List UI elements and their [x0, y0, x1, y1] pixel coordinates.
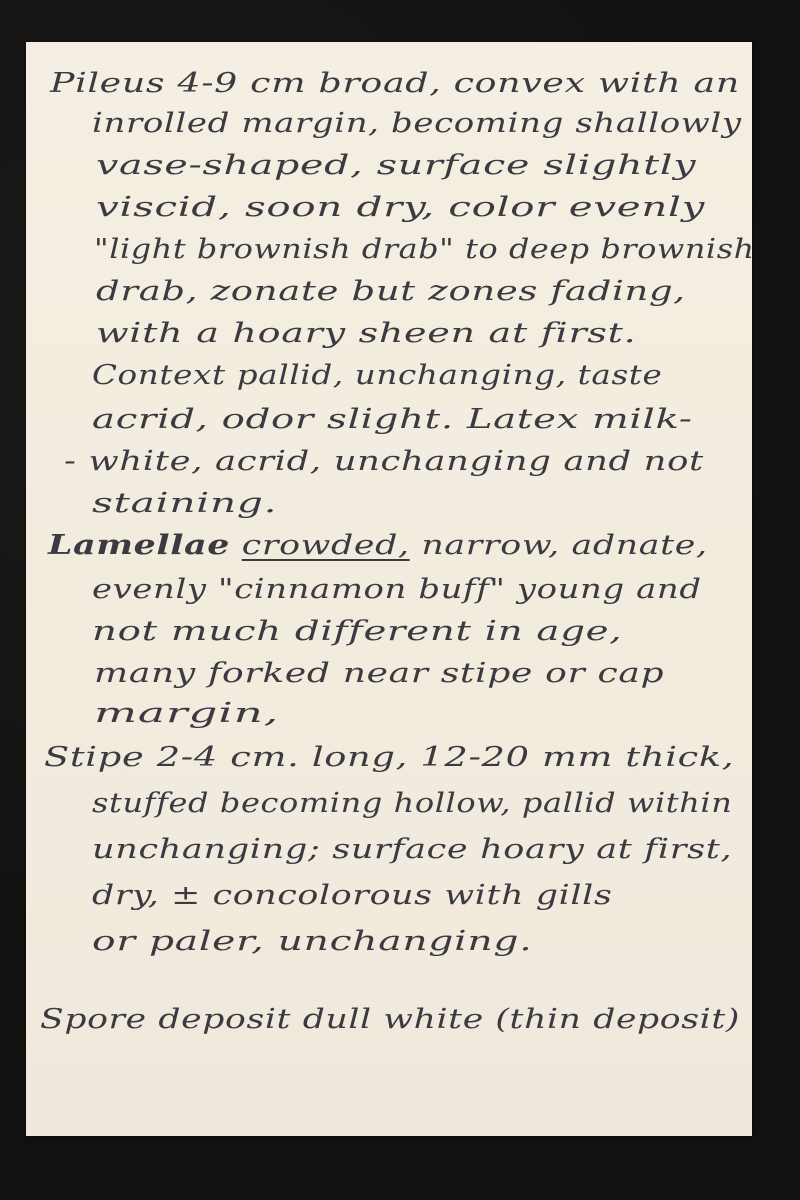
- lamellae-line-3: not much different in age,: [92, 616, 622, 647]
- taste-odor-latex-line: acrid, odor slight. Latex milk-: [92, 404, 693, 435]
- pileus-line-6: drab, zonate but zones fading,: [96, 276, 686, 307]
- lamellae-line-1-rest: narrow, adnate,: [421, 530, 707, 561]
- stipe-line-5: or paler, unchanging.: [92, 926, 532, 957]
- pileus-line-4: viscid, soon dry, color evenly: [96, 192, 705, 223]
- pileus-line-7: with a hoary sheen at first.: [96, 318, 636, 349]
- stipe-line-3: unchanging; surface hoary at first,: [92, 834, 732, 865]
- lamellae-line-4: many forked near stipe or cap: [94, 658, 664, 689]
- spore-deposit-line: Spore deposit dull white (thin deposit): [40, 1004, 740, 1035]
- context-line: Context pallid, unchanging, taste: [92, 360, 662, 391]
- pileus-line-2: inrolled margin, becoming shallowly: [92, 108, 742, 139]
- lamellae-line-1: Lamellae crowded, narrow, adnate,: [48, 530, 708, 561]
- staining-line: staining.: [92, 488, 277, 519]
- lamellae-heading: Lamellae: [48, 530, 230, 561]
- latex-line: - white, acrid, unchanging and not: [64, 446, 704, 477]
- pileus-line-5: "light brownish drab" to deep brownish: [94, 234, 755, 265]
- stipe-line-1: Stipe 2-4 cm. long, 12-20 mm thick,: [44, 742, 734, 773]
- pileus-line-1: Pileus 4-9 cm broad, convex with an: [50, 68, 740, 99]
- pileus-line-3: vase-shaped, surface slightly: [96, 150, 696, 181]
- stipe-line-4: dry, ± concolorous with gills: [92, 880, 612, 911]
- lamellae-line-5: margin,: [94, 698, 279, 729]
- specimen-card: Pileus 4-9 cm broad, convex with an inro…: [26, 42, 752, 1136]
- lamellae-line-2: evenly "cinnamon buff" young and: [92, 574, 702, 605]
- crowded-underlined: crowded,: [242, 530, 410, 561]
- stipe-line-2: stuffed becoming hollow, pallid within: [92, 788, 732, 819]
